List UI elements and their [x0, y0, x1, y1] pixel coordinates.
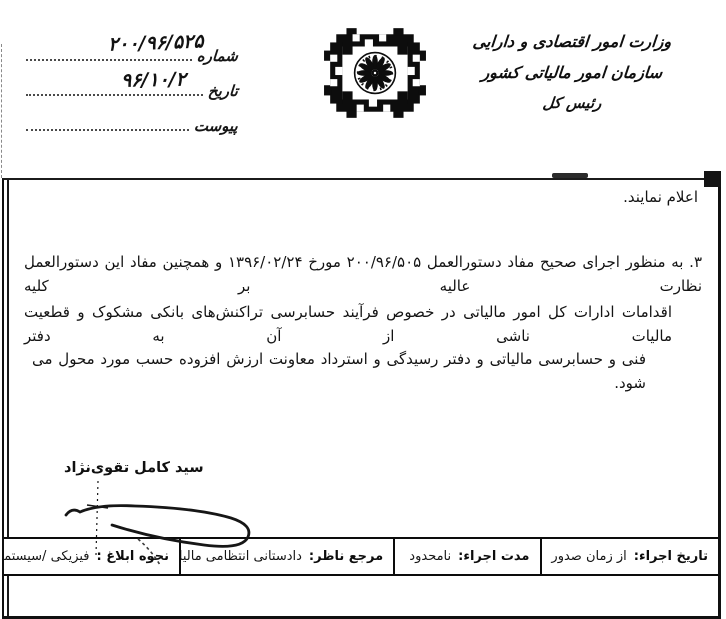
scanned-official-letter: شماره تاریخ پیوست ۲۰۰/۹۶/۵۲۵ ۹۶/۱۰/۲ [0, 0, 726, 619]
duration-value: نامحدود [409, 549, 451, 564]
scan-artifact-top [552, 173, 588, 178]
signatory-name: سید کامل تقوی‌نژاد [64, 460, 204, 476]
document-frame: اعلام نمایند. ۳. به منظور اجرای صحیح مفا… [2, 178, 721, 619]
exec-date-label: تاریخ اجراء: [634, 549, 708, 564]
intro-line: اعلام نمایند. [623, 188, 698, 206]
supervisor-label: مرجع ناظر: [309, 549, 383, 564]
reference-block: شماره تاریخ پیوست ۲۰۰/۹۶/۵۲۵ ۹۶/۱۰/۲ [26, 30, 238, 135]
duration-cell: مدت اجراء: نامحدود [393, 539, 539, 574]
number-dotted-line [26, 58, 192, 61]
ref-row-attachment: پیوست [26, 100, 238, 135]
tax-organization-emblem-logo [322, 26, 428, 120]
attachment-dotted-line [26, 128, 189, 131]
clause-3-line-1: ۳. به منظور اجرای صحیح مفاد دستورالعمل ۲… [24, 250, 702, 298]
kufic-emblem-icon [322, 26, 428, 120]
ministry-name: وزارت امور اقتصادی و دارایی [445, 26, 700, 57]
handwritten-signature-icon [42, 475, 272, 570]
clause-3-line-2: اقدامات ادارات کل امور مالیاتی در خصوص ف… [24, 300, 672, 348]
letterhead-block: وزارت امور اقتصادی و دارایی سازمان امور … [446, 26, 698, 119]
date-label: تاریخ [208, 82, 239, 100]
duration-label: مدت اجراء: [458, 549, 529, 564]
role-title: رئیس کل [445, 88, 700, 119]
scan-artifact-corner [704, 171, 721, 187]
handwritten-letter-date: ۹۶/۱۰/۲ [121, 68, 186, 91]
clause-3-line-3: فنی و حسابرسی مالیاتی و دفتر رسیدگی و اس… [32, 347, 646, 395]
date-dotted-line [26, 93, 203, 96]
handwritten-letter-number: ۲۰۰/۹۶/۵۲۵ [108, 30, 204, 55]
organization-name: سازمان امور مالیاتی کشور [445, 57, 700, 88]
left-margin-rule [1, 44, 2, 178]
exec-date-value: از زمان صدور [551, 549, 626, 564]
attachment-label: پیوست [194, 117, 239, 135]
exec-date-cell: تاریخ اجراء: از زمان صدور [540, 539, 719, 574]
